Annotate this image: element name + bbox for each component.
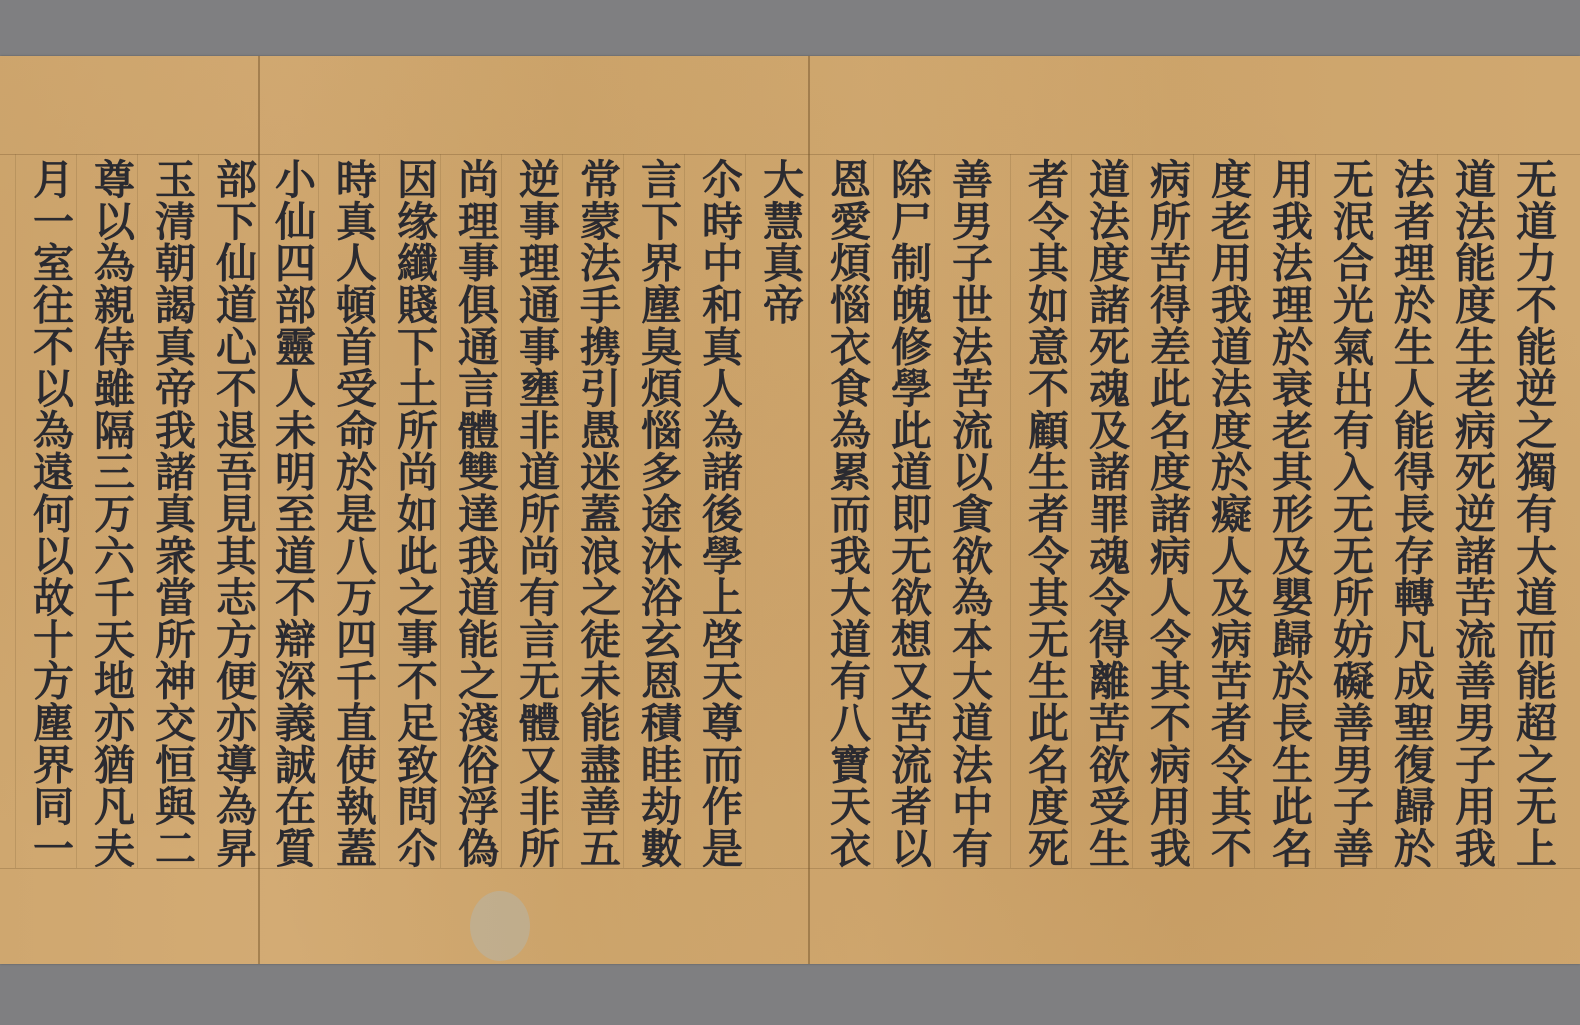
text-column: 小仙四部靈人未明至道不辯深義誠在質 xyxy=(262,158,322,869)
text-column: 尒時中和真人為諸後學上啓天尊而作是 xyxy=(689,158,749,869)
text-column: 无道力不能逆之獨有大道而能超之无上 xyxy=(1503,158,1563,869)
text-column: 玉清朝謁真帝我諸真衆當所神交恒與二 xyxy=(142,158,202,869)
text-column: 時真人頓首受命於是八万四千直使執蓋 xyxy=(323,158,383,869)
column-ruling xyxy=(15,154,16,868)
text-column: 常蒙法手携引愚迷蓋浪之徒未能盡善五 xyxy=(567,158,627,869)
manuscript-scroll: 无道力不能逆之獨有大道而能超之无上 道法能度生老病死逆諸苦流善男子用我 法者理於… xyxy=(0,56,1580,964)
text-column: 逆事理通事壅非道所尚有言无體又非所 xyxy=(506,158,566,869)
chapter-title: 大慧真帝 xyxy=(750,158,810,325)
text-column: 言下界塵臭煩惱多途沐浴玄恩積眭劫數 xyxy=(628,158,688,869)
text-column: 除尸制魄修學此道即无欲想又苦流者以 xyxy=(878,158,938,869)
text-column: 月一室往不以為遠何以故十方塵界同一 xyxy=(20,158,80,869)
text-column: 道法度諸死魂及諸罪魂令得離苦欲受生 xyxy=(1076,158,1136,869)
text-column: 尊以為親侍雖隔三万六千天地亦猶凡夫 xyxy=(81,158,141,869)
text-column: 病所苦得差此名度諸病人令其不病用我 xyxy=(1137,158,1197,869)
text-column: 恩愛煩惱衣食為累而我大道有八寶天衣 xyxy=(817,158,877,869)
text-column: 无泯合光氣出有入无无所妨礙善男子善 xyxy=(1320,158,1380,869)
text-column: 道法能度生老病死逆諸苦流善男子用我 xyxy=(1442,158,1502,869)
text-column: 因缘纖賤下土所尚如此之事不足致問尒 xyxy=(384,158,444,869)
text-column: 度老用我道法度於癡人及病苦者令其不 xyxy=(1198,158,1258,869)
column-ruling xyxy=(1010,154,1011,868)
text-column: 用我法理於衰老其形及嬰歸於長生此名 xyxy=(1259,158,1319,869)
text-column: 尚理事俱通言體雙達我道能之淺俗浮偽 xyxy=(445,158,505,869)
text-column: 善男子世法苦流以貪欲為本大道法中有 xyxy=(939,158,999,869)
water-stain xyxy=(470,891,530,961)
text-column: 法者理於生人能得長存轉凡成聖復歸於 xyxy=(1381,158,1441,869)
text-column: 部下仙道心不退吾見其志方便亦導為昇 xyxy=(203,158,263,869)
text-column: 者令其如意不顧生者令其无生此名度死 xyxy=(1015,158,1075,869)
upper-ruling-line xyxy=(0,154,1580,155)
